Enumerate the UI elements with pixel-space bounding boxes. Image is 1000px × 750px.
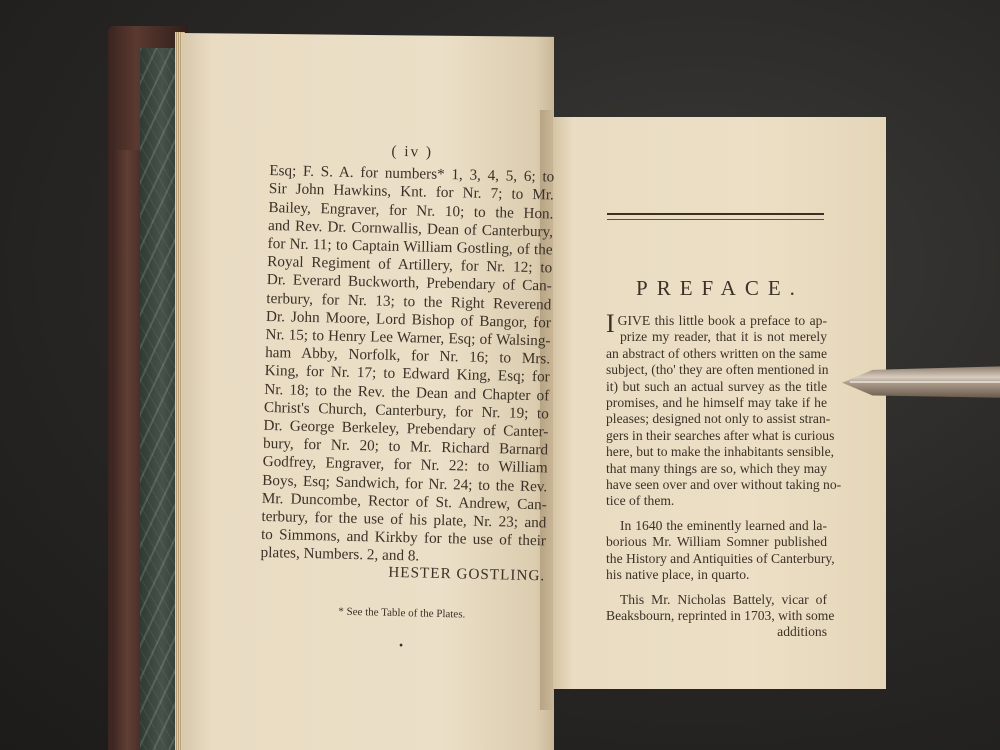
pointer-highlight xyxy=(850,381,1000,383)
text-line: his native place, in quarto. xyxy=(606,567,827,583)
text-line: borious Mr. William Somner published xyxy=(606,534,827,550)
text-line: Beaksbourn, reprinted in 1703, with some xyxy=(606,608,827,624)
left-page-text: ( iv ) Esq; F. S. A. for numbers* 1, 3, … xyxy=(258,140,555,658)
double-rule-top xyxy=(607,213,824,215)
text-line: the History and Antiquities of Canterbur… xyxy=(606,551,827,567)
paragraph-1: I GIVE this little book a preface to ap-… xyxy=(606,313,827,510)
text-line: pleases; designed not only to assist str… xyxy=(606,411,827,427)
text-line: subject, (tho' they are often mentioned … xyxy=(606,362,827,378)
text-line: In 1640 the eminently learned and la- xyxy=(606,518,827,534)
text-line: here, but to make the inhabitants sensib… xyxy=(606,444,827,460)
text-line: have seen over and over without taking n… xyxy=(606,477,827,493)
text-line: This Mr. Nicholas Battely, vicar of xyxy=(606,592,827,608)
catchword: additions xyxy=(606,624,827,640)
paragraph-3: This Mr. Nicholas Battely, vicar of Beak… xyxy=(606,592,827,641)
text-line: prize my reader, that it is not merely xyxy=(606,329,827,345)
text-line: GIVE this little book a preface to ap- xyxy=(606,313,827,329)
right-page-text: I GIVE this little book a preface to ap-… xyxy=(606,313,827,641)
double-rule-bottom xyxy=(607,219,824,220)
text-line: that many things are so, which they may xyxy=(606,461,827,477)
footnote: * See the Table of the Plates. xyxy=(259,601,544,626)
drop-cap: I xyxy=(606,316,615,332)
text-line: gers in their searches after what is cur… xyxy=(606,428,827,444)
text-line: promises, and he himself may take if he xyxy=(606,395,827,411)
preface-title: PREFACE. xyxy=(600,276,840,301)
text-line: it) but such an actual survey as the tit… xyxy=(606,379,827,395)
text-line: an abstract of others written on the sam… xyxy=(606,346,827,362)
spine-band xyxy=(112,150,142,750)
paragraph-2: In 1640 the eminently learned and la- bo… xyxy=(606,518,827,584)
text-line: tice of them. xyxy=(606,493,827,509)
